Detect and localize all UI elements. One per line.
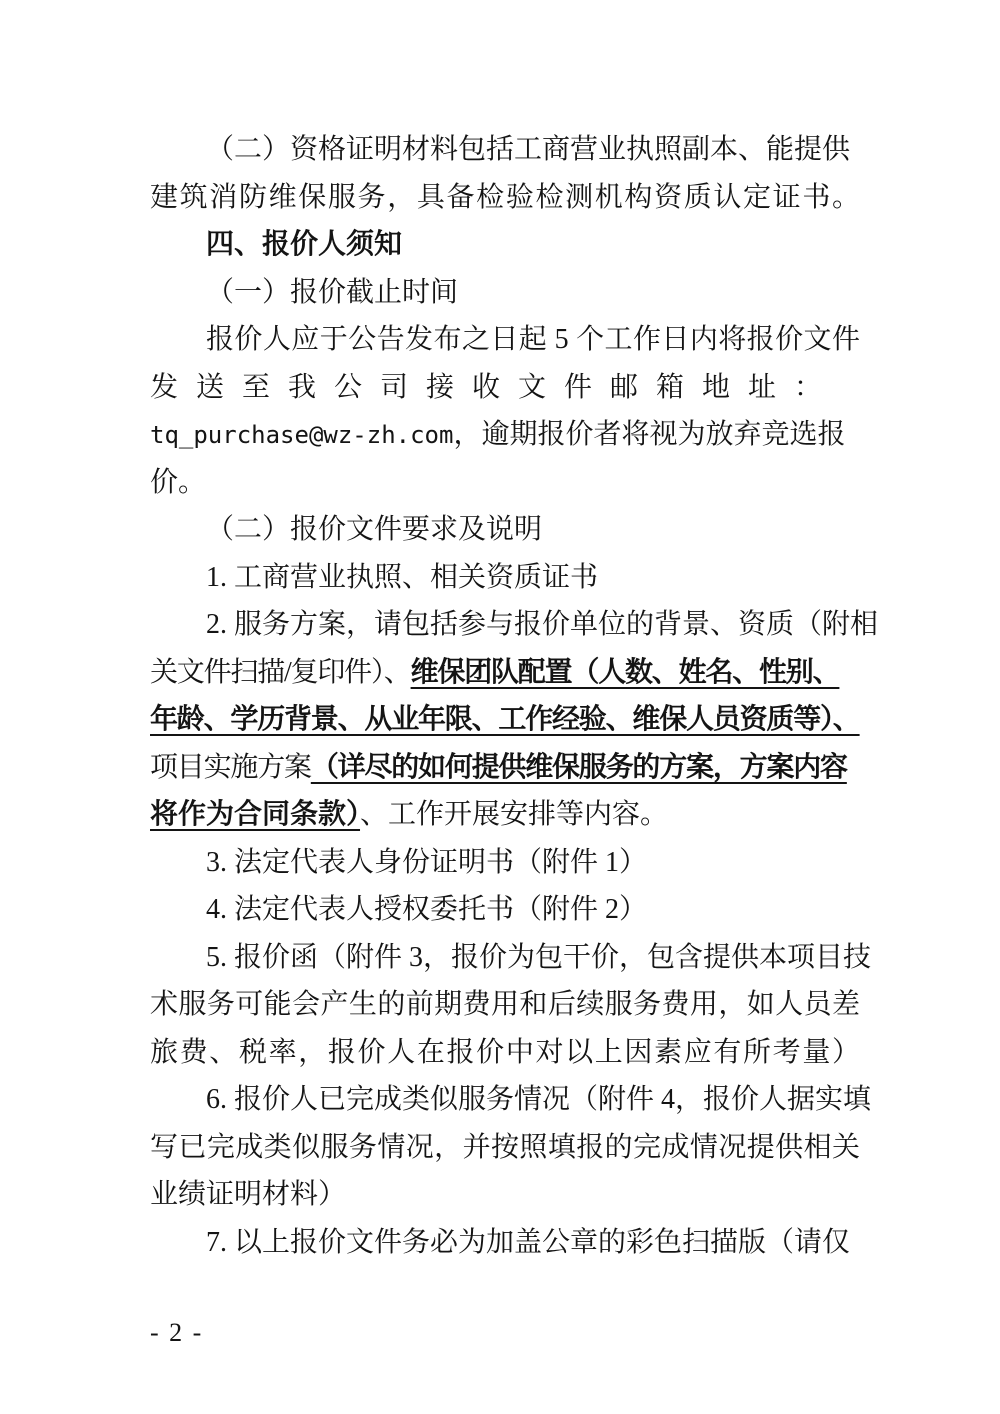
text-line: （二）资格证明材料包括工商营业执照副本、能提供 xyxy=(150,126,860,174)
text-line: 建筑消防维保服务，具备检验检测机构资质认定证书。 xyxy=(150,174,860,222)
list-item: 4. 法定代表人授权委托书（附件 2） xyxy=(150,886,860,934)
document-body: （二）资格证明材料包括工商营业执照副本、能提供 建筑消防维保服务，具备检验检测机… xyxy=(150,126,860,1266)
subsection-heading: （一）报价截止时间 xyxy=(150,269,860,317)
text-segment: 3. 法定代表人身份证明书（附件 1） xyxy=(206,847,647,878)
text-segment: 5. 报价函（附件 3，报价为包干价，包含提供本项目技 xyxy=(206,942,871,973)
emphasized-segment: 将作为合同条款） xyxy=(150,799,360,830)
text-line: 术服务可能会产生的前期费用和后续服务费用，如人员差 xyxy=(150,981,860,1029)
text-segment: 价。 xyxy=(150,467,206,498)
text-segment: 建筑消防维保服务，具备检验检测机构资质认定证书。 xyxy=(150,182,860,213)
text-segment: 旅费、税率，报价人在报价中对以上因素应有所考量） xyxy=(150,1037,860,1068)
text-line: 关文件扫描/复印件）、维保团队配置（人数、姓名、性别、 xyxy=(150,649,860,697)
text-segment: 项目实施方案 xyxy=(150,752,311,783)
text-segment: 关文件扫描/复印件）、 xyxy=(150,657,411,688)
text-segment: 7. 以上报价文件务必为加盖公章的彩色扫描版（请仅 xyxy=(206,1227,850,1258)
text-line: 发送至我公司接收文件邮箱地址： xyxy=(150,364,860,412)
text-line: 价。 xyxy=(150,459,860,507)
text-segment: 写已完成类似服务情况，并按照填报的完成情况提供相关 xyxy=(150,1132,860,1163)
email-address: tq_purchase@wz-zh.com xyxy=(150,421,453,449)
list-item: 5. 报价函（附件 3，报价为包干价，包含提供本项目技 xyxy=(150,934,860,982)
subsection-heading: （二）报价文件要求及说明 xyxy=(150,506,860,554)
text-line: 项目实施方案（详尽的如何提供维保服务的方案，方案内容 xyxy=(150,744,860,792)
text-line: tq_purchase@wz-zh.com，逾期报价者将视为放弃竞选报 xyxy=(150,411,860,459)
text-segment: 6. 报价人已完成类似服务情况（附件 4，报价人据实填 xyxy=(206,1084,871,1115)
emphasized-segment: （详尽的如何提供维保服务的方案，方案内容 xyxy=(311,752,847,783)
emphasized-segment: 年龄、学历背景、从业年限、工作经验、维保人员资质等）、 xyxy=(150,704,860,735)
text-segment: 报价人应于公告发布之日起 5 个工作日内将报价文件 xyxy=(206,324,860,355)
list-item: 3. 法定代表人身份证明书（附件 1） xyxy=(150,839,860,887)
text-segment: （二）报价文件要求及说明 xyxy=(206,514,542,545)
text-line: 写已完成类似服务情况，并按照填报的完成情况提供相关 xyxy=(150,1124,860,1172)
heading-text: 四、报价人须知 xyxy=(206,229,402,260)
text-segment: 、工作开展安排等内容。 xyxy=(360,799,668,830)
text-segment: 1. 工商营业执照、相关资质证书 xyxy=(206,562,598,593)
text-segment: 术服务可能会产生的前期费用和后续服务费用，如人员差 xyxy=(150,989,860,1020)
section-heading: 四、报价人须知 xyxy=(150,221,860,269)
text-line: 年龄、学历背景、从业年限、工作经验、维保人员资质等）、 xyxy=(150,696,860,744)
text-segment: （二）资格证明材料包括工商营业执照副本、能提供 xyxy=(206,134,850,165)
text-segment: 业绩证明材料） xyxy=(150,1179,346,1210)
text-line: 报价人应于公告发布之日起 5 个工作日内将报价文件 xyxy=(150,316,860,364)
text-segment: ，逾期报价者将视为放弃竞选报 xyxy=(453,419,845,450)
text-line: 旅费、税率，报价人在报价中对以上因素应有所考量） xyxy=(150,1029,860,1077)
emphasized-segment: 维保团队配置（人数、姓名、性别、 xyxy=(411,657,840,688)
text-segment: 4. 法定代表人授权委托书（附件 2） xyxy=(206,894,647,925)
text-segment: 发送至我公司接收文件邮箱地址： xyxy=(150,372,840,403)
document-page: （二）资格证明材料包括工商营业执照副本、能提供 建筑消防维保服务，具备检验检测机… xyxy=(0,0,1000,1414)
text-segment: 2. 服务方案，请包括参与报价单位的背景、资质（附相 xyxy=(206,609,878,640)
page-number: - 2 - xyxy=(150,1318,203,1348)
list-item: 6. 报价人已完成类似服务情况（附件 4，报价人据实填 xyxy=(150,1076,860,1124)
list-item: 1. 工商营业执照、相关资质证书 xyxy=(150,554,860,602)
list-item: 7. 以上报价文件务必为加盖公章的彩色扫描版（请仅 xyxy=(150,1219,860,1267)
text-segment: （一）报价截止时间 xyxy=(206,277,458,308)
list-item: 2. 服务方案，请包括参与报价单位的背景、资质（附相 xyxy=(150,601,860,649)
text-line: 业绩证明材料） xyxy=(150,1171,860,1219)
text-line: 将作为合同条款）、工作开展安排等内容。 xyxy=(150,791,860,839)
